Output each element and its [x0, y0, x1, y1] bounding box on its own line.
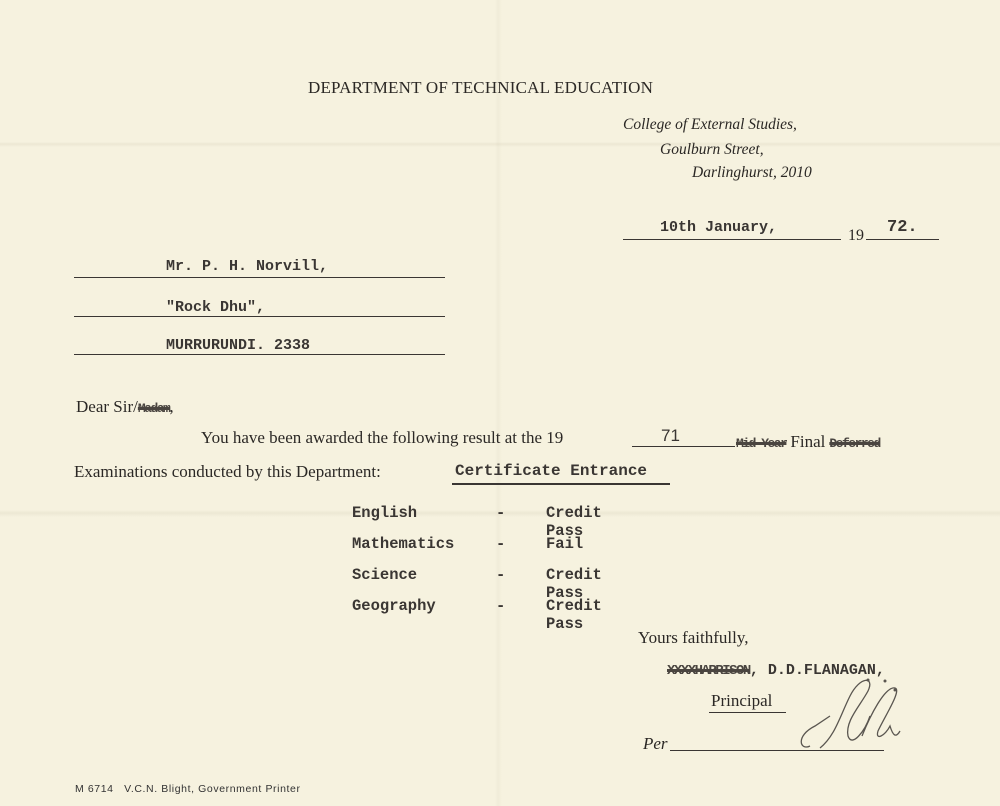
handwritten-signature-icon [790, 676, 910, 756]
result-dash: - [496, 535, 505, 553]
date-day-month: 10th January, [660, 219, 777, 236]
result-subject: Geography [352, 597, 436, 615]
examination-name: Certificate Entrance [455, 462, 647, 480]
result-value: Fail [546, 535, 583, 553]
body-year-rule [632, 446, 735, 447]
exam-final: Final [790, 432, 825, 451]
address-line-college: College of External Studies, [623, 116, 797, 134]
result-dash: - [496, 566, 505, 584]
salutation-suffix: , [169, 397, 173, 416]
result-dash: - [496, 597, 505, 615]
result-value: Credit Pass [546, 597, 602, 633]
recipient-rule-2 [74, 316, 445, 317]
examination-rule [452, 483, 670, 485]
body-line-1: You have been awarded the following resu… [201, 428, 563, 448]
result-subject: Science [352, 566, 417, 584]
body-line-1-text: You have been awarded the following resu… [201, 428, 542, 447]
year-rule [866, 239, 939, 240]
recipient-rule-1 [74, 277, 445, 278]
per-label: Per [643, 734, 668, 754]
body-century: 19 [546, 428, 563, 447]
signatory-struck: XXXXHARRISON [667, 663, 750, 679]
valediction: Yours faithfully, [638, 628, 749, 648]
exam-struck-midyear: Mid-Year [736, 436, 786, 451]
date-century: 19 [848, 227, 864, 245]
exam-struck-deferred: Deferred [829, 436, 879, 451]
signatory-title: Principal [711, 691, 772, 711]
printer-imprint: M 6714 V.C.N. Blight, Government Printer [75, 783, 301, 795]
recipient-property: "Rock Dhu", [166, 299, 265, 316]
date-rule [623, 239, 841, 240]
result-subject: English [352, 504, 417, 522]
result-dash: - [496, 504, 505, 522]
recipient-name: Mr. P. H. Norvill, [166, 258, 328, 275]
salutation-prefix: Dear Sir/ [76, 397, 138, 416]
address-line-street: Goulburn Street, [660, 141, 764, 159]
recipient-rule-3 [74, 354, 445, 355]
title-rule [709, 712, 786, 713]
body-line-2: Examinations conducted by this Departmen… [74, 462, 381, 482]
result-subject: Mathematics [352, 535, 454, 553]
date-year: 72. [887, 218, 918, 237]
address-line-suburb: Darlinghurst, 2010 [692, 164, 812, 182]
salutation: Dear Sir/Madam, [76, 397, 174, 417]
body-year: 71 [661, 426, 680, 446]
department-heading: DEPARTMENT OF TECHNICAL EDUCATION [308, 78, 653, 98]
exam-type-line: Mid-Year Final Deferred [736, 432, 880, 452]
recipient-town: MURRURUNDI. 2338 [166, 337, 310, 354]
salutation-struck: Madam [138, 401, 170, 416]
